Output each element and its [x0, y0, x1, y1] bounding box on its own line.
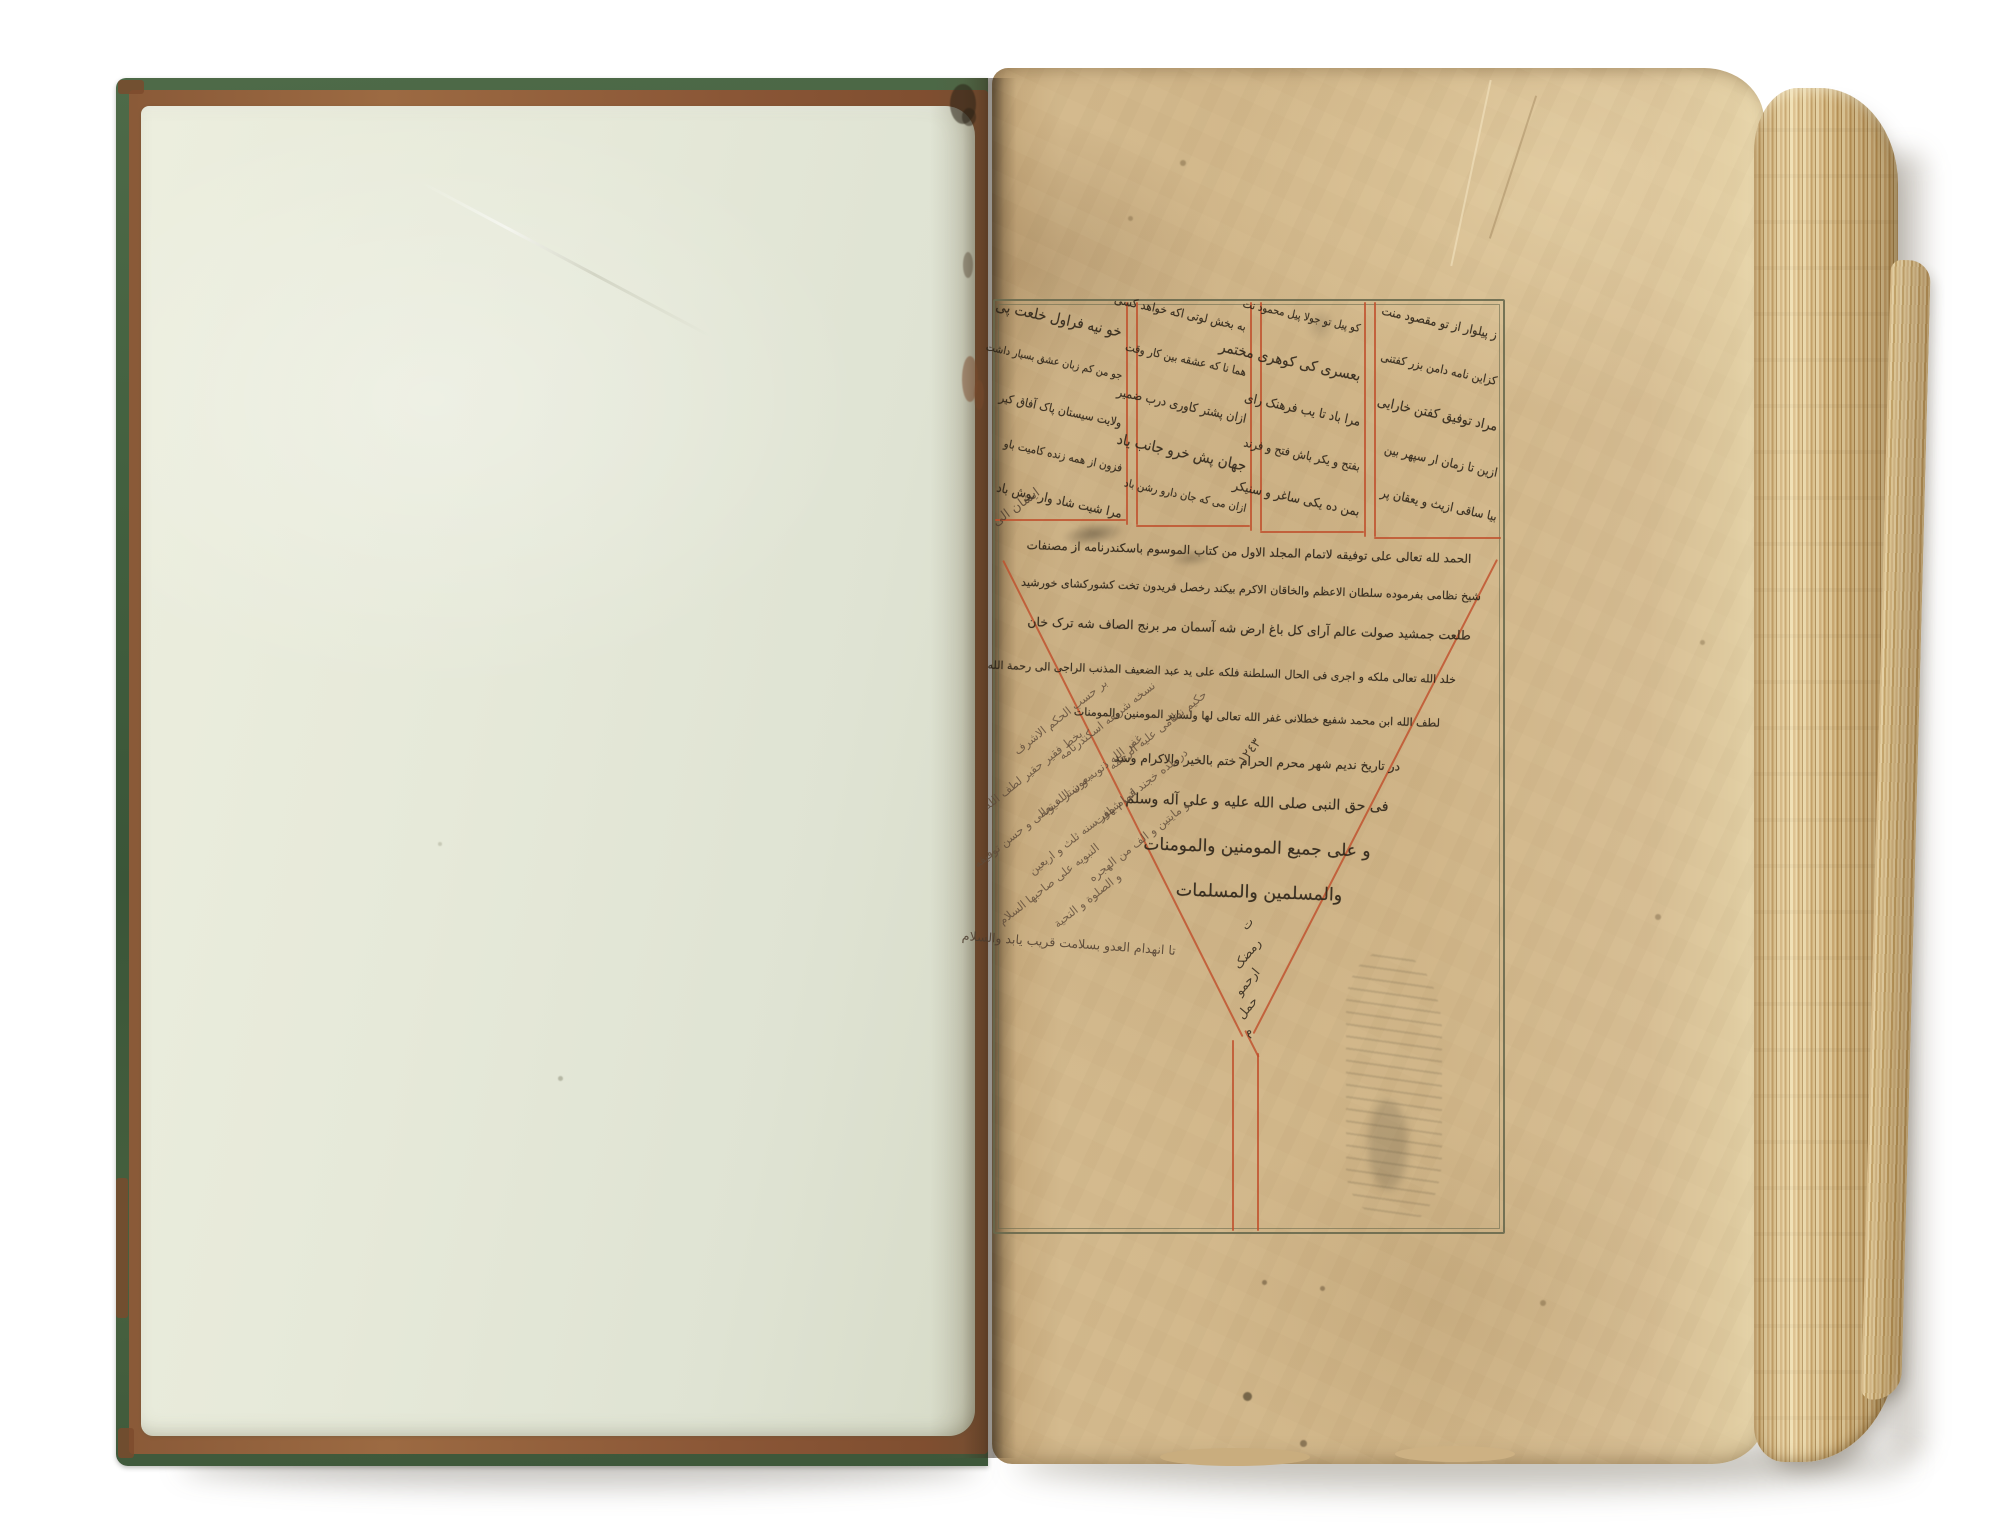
manuscript-photograph: { "scene": { "description": "Photograph …	[0, 0, 2000, 1538]
cover-wear-patch	[116, 1178, 128, 1318]
deckle-tear	[1160, 1448, 1310, 1466]
marginal-notes: بر حسب الحکم الاشرفنسخه شریفه اسکندرنامه…	[993, 299, 1505, 1234]
cover-wear-patch	[118, 80, 144, 94]
margin-footer-line: تا انهدام العدو بسلامت قریب یابد والسلام	[961, 928, 1176, 958]
deckle-tear	[1395, 1446, 1515, 1462]
paper-crease	[419, 180, 712, 338]
left-flyleaf-blank	[141, 106, 975, 1436]
margin-corner-note: ایشان الی	[990, 485, 1043, 529]
cover-wear-patch	[118, 1428, 134, 1458]
text-block: ز پیلوار از تو مقصود منتکزاین نامه دامن …	[993, 299, 1505, 1234]
